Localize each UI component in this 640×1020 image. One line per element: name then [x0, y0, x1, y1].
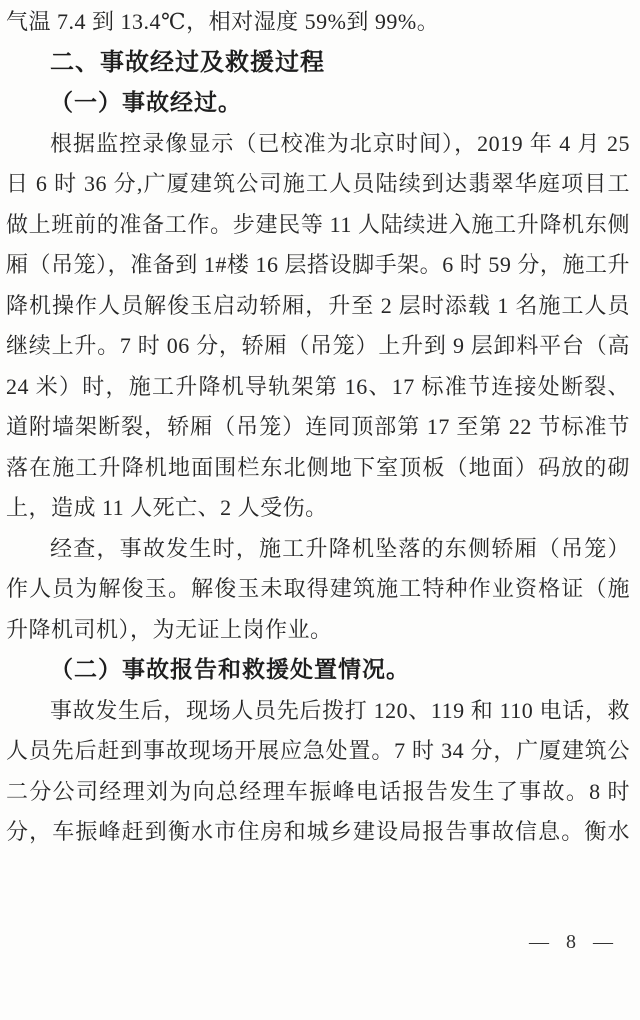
document-line: 继续上升。7 时 06 分，轿厢（吊笼）上升到 9 层卸料平台（高度 — [6, 326, 630, 367]
page-number-footer: — 8 — — [529, 928, 614, 956]
document-line: 升降机司机），为无证上岗作业。 — [6, 610, 630, 651]
document-line: 24 米）时，施工升降机导轨架第 16、17 标准节连接处断裂、第 3 — [6, 367, 630, 408]
document-line: 事故发生后，现场人员先后拨打 120、119 和 110 电话，救援 — [6, 691, 630, 732]
document-page: 气温 7.4 到 13.4℃，相对湿度 59%到 99%。二、事故经过及救援过程… — [0, 0, 640, 1020]
subsection-heading: （一）事故经过。 — [6, 83, 630, 124]
document-line: 日 6 时 36 分,广厦建筑公司施工人员陆续到达翡翠华庭项目工地， — [6, 164, 630, 205]
document-line: 做上班前的准备工作。步建民等 11 人陆续进入施工升降机东侧轿 — [6, 205, 630, 246]
document-line: 二分公司经理刘为向总经理车振峰电话报告发生了事故。8 时 24 — [6, 772, 630, 813]
document-line: 作人员为解俊玉。解俊玉未取得建筑施工特种作业资格证（施工 — [6, 569, 630, 610]
subsection-heading: （二）事故报告和救援处置情况。 — [6, 650, 630, 691]
document-line: 根据监控录像显示（已校准为北京时间），2019 年 4 月 25 — [6, 124, 630, 165]
document-line: 道附墙架断裂，轿厢（吊笼）连同顶部第 17 至第 22 节标准节坠 — [6, 407, 630, 448]
document-line: 分，车振峰赶到衡水市住房和城乡建设局报告事故信息。衡水市 — [6, 812, 630, 853]
section-heading: 二、事故经过及救援过程 — [6, 43, 630, 84]
document-line: 厢（吊笼），准备到 1#楼 16 层搭设脚手架。6 时 59 分，施工升 — [6, 245, 630, 286]
document-line: 上，造成 11 人死亡、2 人受伤。 — [6, 488, 630, 529]
document-line: 降机操作人员解俊玉启动轿厢，升至 2 层时添载 1 名施工人员后 — [6, 286, 630, 327]
document-line: 落在施工升降机地面围栏东北侧地下室顶板（地面）码放的砌块 — [6, 448, 630, 489]
document-line: 人员先后赶到事故现场开展应急处置。7 时 34 分，广厦建筑公司 — [6, 731, 630, 772]
document-line: 气温 7.4 到 13.4℃，相对湿度 59%到 99%。 — [6, 2, 630, 43]
document-body: 气温 7.4 到 13.4℃，相对湿度 59%到 99%。二、事故经过及救援过程… — [6, 2, 630, 853]
document-line: 经查，事故发生时，施工升降机坠落的东侧轿厢（吊笼）操 — [6, 529, 630, 570]
